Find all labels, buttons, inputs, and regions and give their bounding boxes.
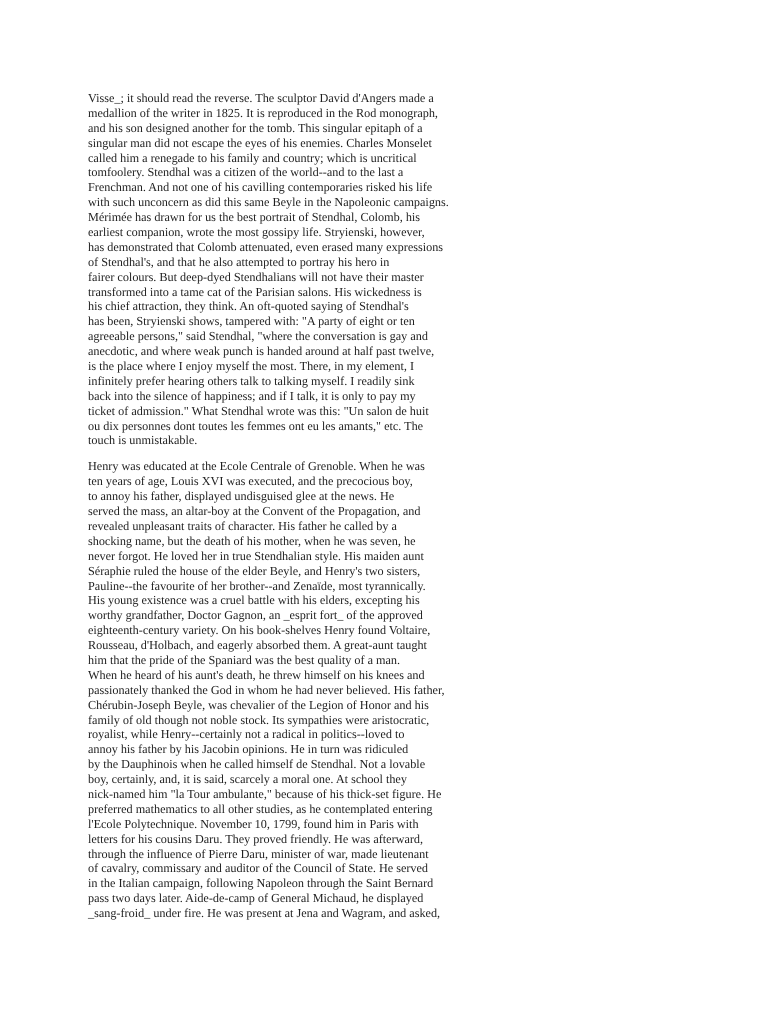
text-line: Henry was educated at the Ecole Centrale… <box>88 459 488 474</box>
text-line: Séraphie ruled the house of the elder Be… <box>88 564 488 579</box>
text-line: family of old though not noble stock. It… <box>88 713 488 728</box>
text-line: singular man did not escape the eyes of … <box>88 136 488 151</box>
text-line: tomfoolery. Stendhal was a citizen of th… <box>88 165 488 180</box>
text-line: l'Ecole Polytechnique. November 10, 1799… <box>88 817 488 832</box>
text-line: is the place where I enjoy myself the mo… <box>88 359 488 374</box>
text-line: revealed unpleasant traits of character.… <box>88 519 488 534</box>
text-line: Rousseau, d'Holbach, and eagerly absorbe… <box>88 638 488 653</box>
text-line: eighteenth-century variety. On his book-… <box>88 623 488 638</box>
text-line: by the Dauphinois when he called himself… <box>88 757 488 772</box>
text-line: boy, certainly, and, it is said, scarcel… <box>88 772 488 787</box>
text-line: Pauline--the favourite of her brother--a… <box>88 579 488 594</box>
text-line: never forgot. He loved her in true Stend… <box>88 549 488 564</box>
text-line: Visse_; it should read the reverse. The … <box>88 91 488 106</box>
text-line: ten years of age, Louis XVI was executed… <box>88 474 488 489</box>
text-block: Visse_; it should read the reverse. The … <box>88 91 488 932</box>
text-line: passionately thanked the God in whom he … <box>88 683 488 698</box>
text-line: anecdotic, and where weak punch is hande… <box>88 344 488 359</box>
text-line: infinitely prefer hearing others talk to… <box>88 374 488 389</box>
text-line: of cavalry, commissary and auditor of th… <box>88 861 488 876</box>
text-line: letters for his cousins Daru. They prove… <box>88 832 488 847</box>
text-line: Chérubin-Joseph Beyle, was chevalier of … <box>88 698 488 713</box>
text-line: ticket of admission." What Stendhal wrot… <box>88 404 488 419</box>
text-line: nick-named him "la Tour ambulante," beca… <box>88 787 488 802</box>
text-line: with such unconcern as did this same Bey… <box>88 195 488 210</box>
text-line: transformed into a tame cat of the Paris… <box>88 285 488 300</box>
text-line: agreeable persons," said Stendhal, "wher… <box>88 329 488 344</box>
document-page: Visse_; it should read the reverse. The … <box>0 0 768 1024</box>
text-line: shocking name, but the death of his moth… <box>88 534 488 549</box>
text-line: and his son designed another for the tom… <box>88 121 488 136</box>
text-line: in the Italian campaign, following Napol… <box>88 876 488 891</box>
text-line: has been, Stryienski shows, tampered wit… <box>88 314 488 329</box>
text-line: ou dix personnes dont toutes les femmes … <box>88 419 488 434</box>
text-line: Mérimée has drawn for us the best portra… <box>88 210 488 225</box>
text-line: medallion of the writer in 1825. It is r… <box>88 106 488 121</box>
text-line: him that the pride of the Spaniard was t… <box>88 653 488 668</box>
text-line: His young existence was a cruel battle w… <box>88 593 488 608</box>
text-line: _sang-froid_ under fire. He was present … <box>88 906 488 921</box>
text-line: fairer colours. But deep-dyed Stendhalia… <box>88 270 488 285</box>
text-line: through the influence of Pierre Daru, mi… <box>88 847 488 862</box>
text-line: has demonstrated that Colomb attenuated,… <box>88 240 488 255</box>
text-line: royalist, while Henry--certainly not a r… <box>88 727 488 742</box>
text-line: back into the silence of happiness; and … <box>88 389 488 404</box>
text-line: annoy his father by his Jacobin opinions… <box>88 742 488 757</box>
text-line: Frenchman. And not one of his cavilling … <box>88 180 488 195</box>
text-line: his chief attraction, they think. An oft… <box>88 299 488 314</box>
text-line: earliest companion, wrote the most gossi… <box>88 225 488 240</box>
text-line: worthy grandfather, Doctor Gagnon, an _e… <box>88 608 488 623</box>
text-line: served the mass, an altar-boy at the Con… <box>88 504 488 519</box>
text-line: pass two days later. Aide-de-camp of Gen… <box>88 891 488 906</box>
text-line: to annoy his father, displayed undisguis… <box>88 489 488 504</box>
paragraph: Henry was educated at the Ecole Centrale… <box>88 459 488 921</box>
text-line: touch is unmistakable. <box>88 433 488 448</box>
text-line: of Stendhal's, and that he also attempte… <box>88 255 488 270</box>
text-line: When he heard of his aunt's death, he th… <box>88 668 488 683</box>
text-line: called him a renegade to his family and … <box>88 151 488 166</box>
paragraph: Visse_; it should read the reverse. The … <box>88 91 488 448</box>
text-line: preferred mathematics to all other studi… <box>88 802 488 817</box>
